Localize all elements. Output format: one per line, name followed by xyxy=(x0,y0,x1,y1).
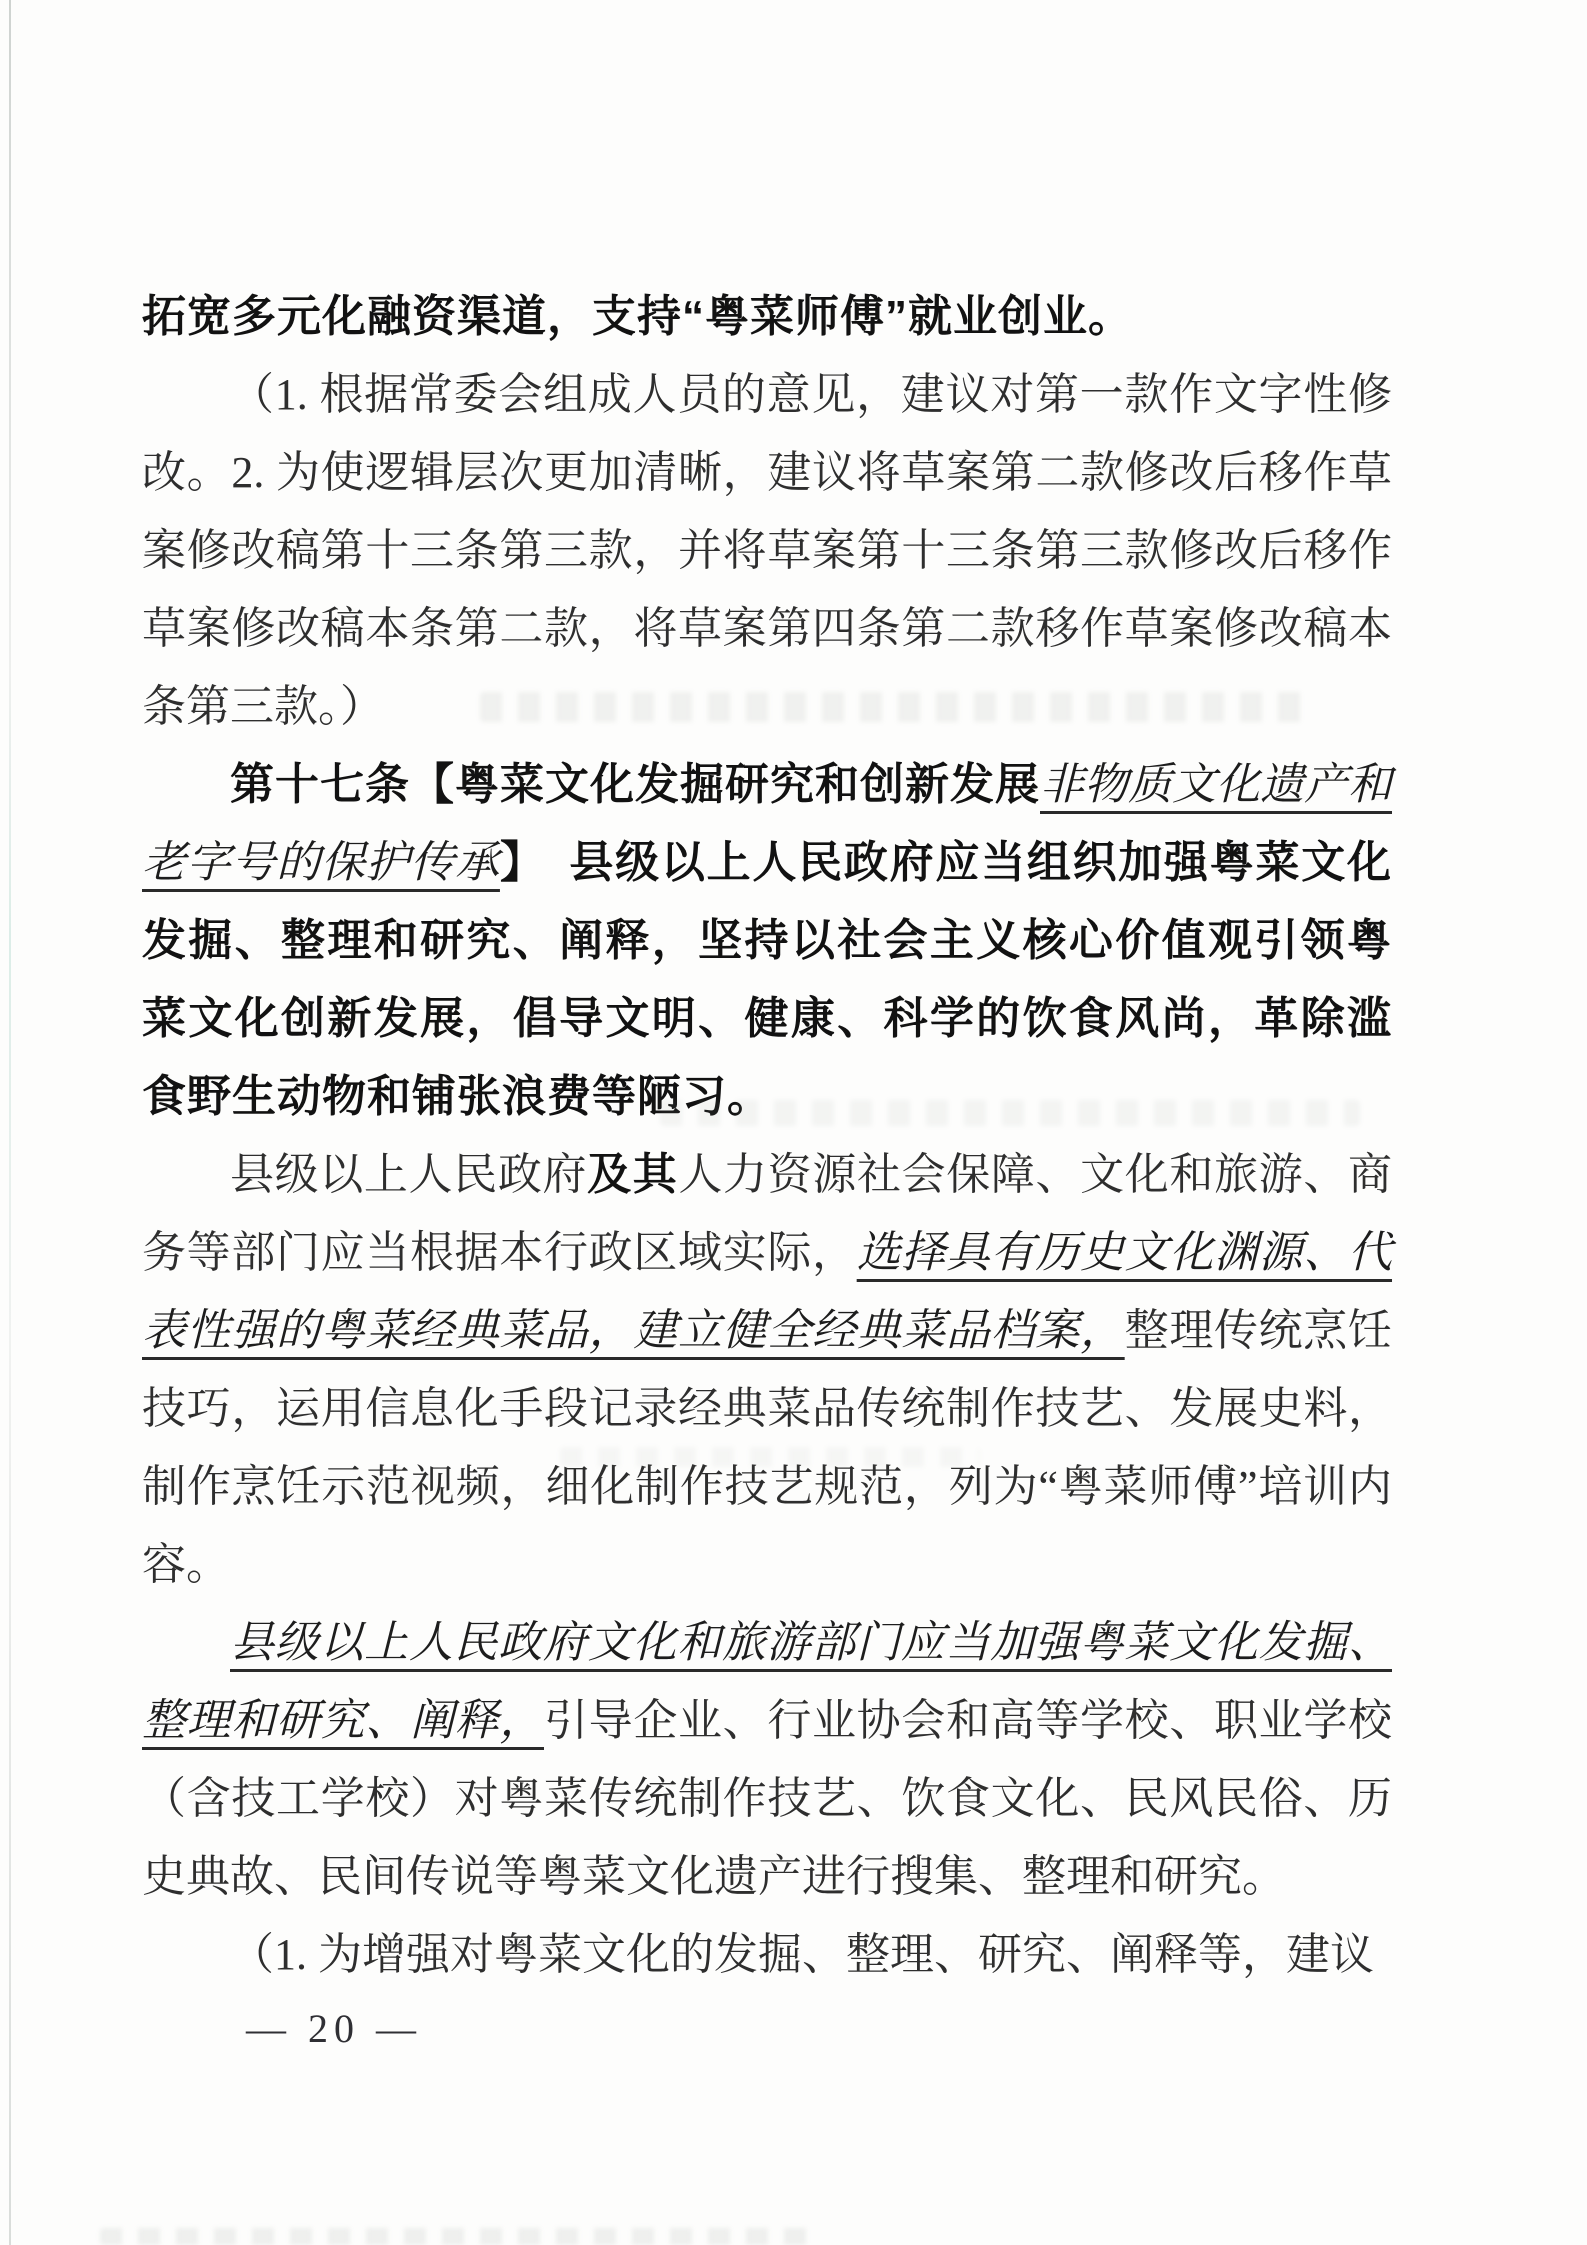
paragraph: 县级以上人民政府文化和旅游部门应当加强粤菜文化发掘、整理和研究、阐释，引导企业、… xyxy=(142,1604,1392,1916)
body-text-run: （1. 为增强对粤菜文化的发掘、整理、研究、阐释等，建议 xyxy=(230,1930,1374,1979)
bold-text-run: 及其 xyxy=(587,1150,678,1199)
body-text-run: （1. 根据常委会组成人员的意见，建议对第一款作文字性修改。2. 为使逻辑层次更… xyxy=(142,370,1392,731)
bleed-through-artifact xyxy=(660,1100,1360,1126)
scanner-edge-artifact xyxy=(9,0,11,2245)
paragraph: 第十七条【粤菜文化发掘研究和创新发展非物质文化遗产和老字号的保护传承】 县级以上… xyxy=(142,746,1392,1136)
scanned-document-page: 拓宽多元化融资渠道，支持“粤菜师傅”就业创业。（1. 根据常委会组成人员的意见，… xyxy=(0,0,1587,2245)
paragraph: （1. 为增强对粤菜文化的发掘、整理、研究、阐释等，建议 xyxy=(142,1916,1392,1994)
bleed-through-artifact xyxy=(560,1447,980,1467)
paragraph: 县级以上人民政府及其人力资源社会保障、文化和旅游、商务等部门应当根据本行政区域实… xyxy=(142,1136,1392,1604)
bold-text-run: 拓宽多元化融资渠道，支持“粤菜师傅”就业创业。 xyxy=(142,292,1133,341)
paragraph: （1. 根据常委会组成人员的意见，建议对第一款作文字性修改。2. 为使逻辑层次更… xyxy=(142,356,1392,746)
bold-text-run: 第十七条【粤菜文化发掘研究和创新发展 xyxy=(230,760,1040,809)
paragraph: 拓宽多元化融资渠道，支持“粤菜师傅”就业创业。 xyxy=(142,278,1392,356)
bleed-through-artifact xyxy=(100,2228,820,2245)
body-text-run: 县级以上人民政府 xyxy=(230,1150,587,1199)
bleed-through-artifact xyxy=(480,692,1310,722)
document-body: 拓宽多元化融资渠道，支持“粤菜师傅”就业创业。（1. 根据常委会组成人员的意见，… xyxy=(142,278,1392,1994)
page-number: — 20 — xyxy=(246,2005,422,2052)
